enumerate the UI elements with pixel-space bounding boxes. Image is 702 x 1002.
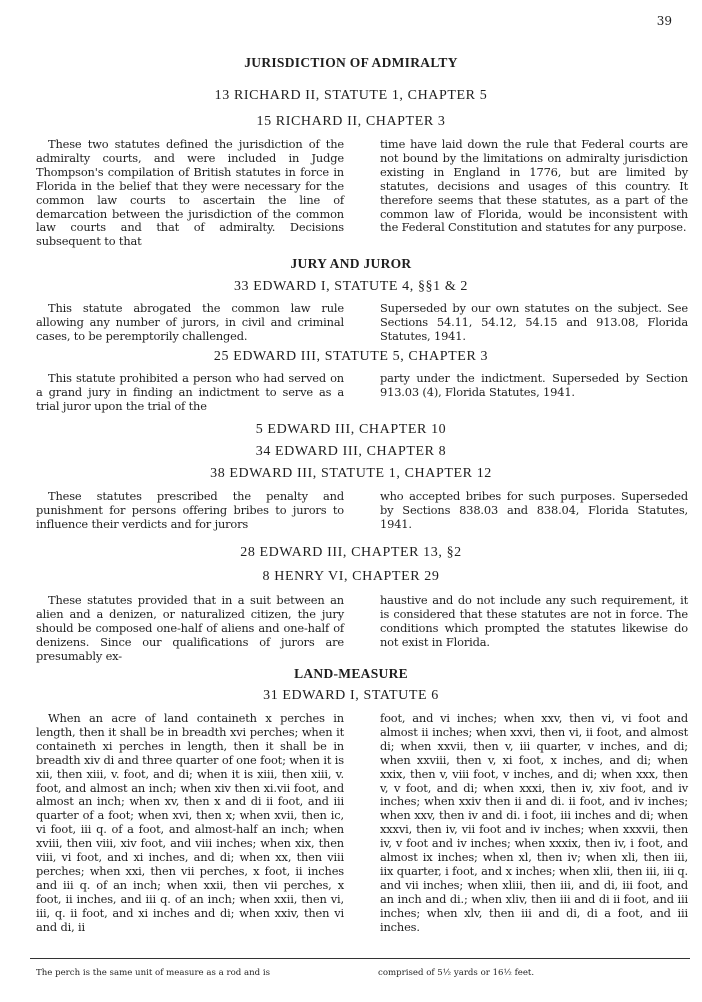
statute-title: 8 HENRY VI, CHAPTER 29	[0, 569, 702, 585]
left-column: This statute prohibited a person who had…	[36, 372, 344, 414]
left-column: These two statutes defined the jurisdict…	[36, 138, 344, 249]
section-heading-admiralty: JURISDICTION OF ADMIRALTY	[0, 55, 702, 71]
footnote-divider	[30, 958, 690, 959]
footnote-left: The perch is the same unit of measure as…	[36, 968, 346, 978]
paragraph: When an acre of land containeth x perche…	[36, 712, 344, 935]
paragraph: time have laid down the rule that Federa…	[380, 138, 688, 235]
statute-title: 38 EDWARD III, STATUTE 1, CHAPTER 12	[0, 466, 702, 482]
right-column: who accepted bribes for such purposes. S…	[380, 490, 688, 532]
section-heading-land-measure: LAND-MEASURE	[0, 666, 702, 682]
paragraph: These two statutes defined the jurisdict…	[36, 138, 344, 249]
section-heading-jury: JURY AND JUROR	[0, 256, 702, 272]
statute-title: 15 RICHARD II, CHAPTER 3	[0, 114, 702, 130]
left-column: This statute abrogated the common law ru…	[36, 302, 344, 344]
right-column: time have laid down the rule that Federa…	[380, 138, 688, 249]
right-column: Superseded by our own statutes on the su…	[380, 302, 688, 344]
paragraph: haustive and do not include any such req…	[380, 594, 688, 650]
paragraph: party under the indictment. Superseded b…	[380, 372, 688, 400]
section-body-admiralty: These two statutes defined the jurisdict…	[36, 138, 688, 249]
right-column: foot, and vi inches; when xxv, then vi, …	[380, 712, 688, 935]
statute-title: 13 RICHARD II, STATUTE 1, CHAPTER 5	[0, 88, 702, 104]
statute-title: 34 EDWARD III, CHAPTER 8	[0, 444, 702, 460]
footnote-right: comprised of 5½ yards or 16½ feet.	[378, 968, 688, 978]
statute-title: 31 EDWARD I, STATUTE 6	[0, 688, 702, 704]
left-column: When an acre of land containeth x perche…	[36, 712, 344, 935]
paragraph: This statute prohibited a person who had…	[36, 372, 344, 414]
footnote: The perch is the same unit of measure as…	[36, 968, 688, 978]
section-body-bribes: These statutes prescribed the penalty an…	[36, 490, 688, 532]
statute-title: 33 EDWARD I, STATUTE 4, §§1 & 2	[0, 279, 702, 295]
page-number: 39	[657, 14, 672, 28]
paragraph: Superseded by our own statutes on the su…	[380, 302, 688, 344]
section-body-land-measure: When an acre of land containeth x perche…	[36, 712, 688, 935]
statute-title: 25 EDWARD III, STATUTE 5, CHAPTER 3	[0, 349, 702, 365]
left-column: These statutes prescribed the penalty an…	[36, 490, 344, 532]
statute-title: 5 EDWARD III, CHAPTER 10	[0, 422, 702, 438]
section-body-grand-jury: This statute prohibited a person who had…	[36, 372, 688, 414]
paragraph: foot, and vi inches; when xxv, then vi, …	[380, 712, 688, 935]
paragraph: who accepted bribes for such purposes. S…	[380, 490, 688, 532]
section-body-jury: This statute abrogated the common law ru…	[36, 302, 688, 344]
right-column: party under the indictment. Superseded b…	[380, 372, 688, 414]
section-body-aliens: These statutes provided that in a suit b…	[36, 594, 688, 664]
paragraph: These statutes prescribed the penalty an…	[36, 490, 344, 532]
paragraph: This statute abrogated the common law ru…	[36, 302, 344, 344]
paragraph: These statutes provided that in a suit b…	[36, 594, 344, 664]
left-column: These statutes provided that in a suit b…	[36, 594, 344, 664]
statute-title: 28 EDWARD III, CHAPTER 13, §2	[0, 545, 702, 561]
right-column: haustive and do not include any such req…	[380, 594, 688, 664]
